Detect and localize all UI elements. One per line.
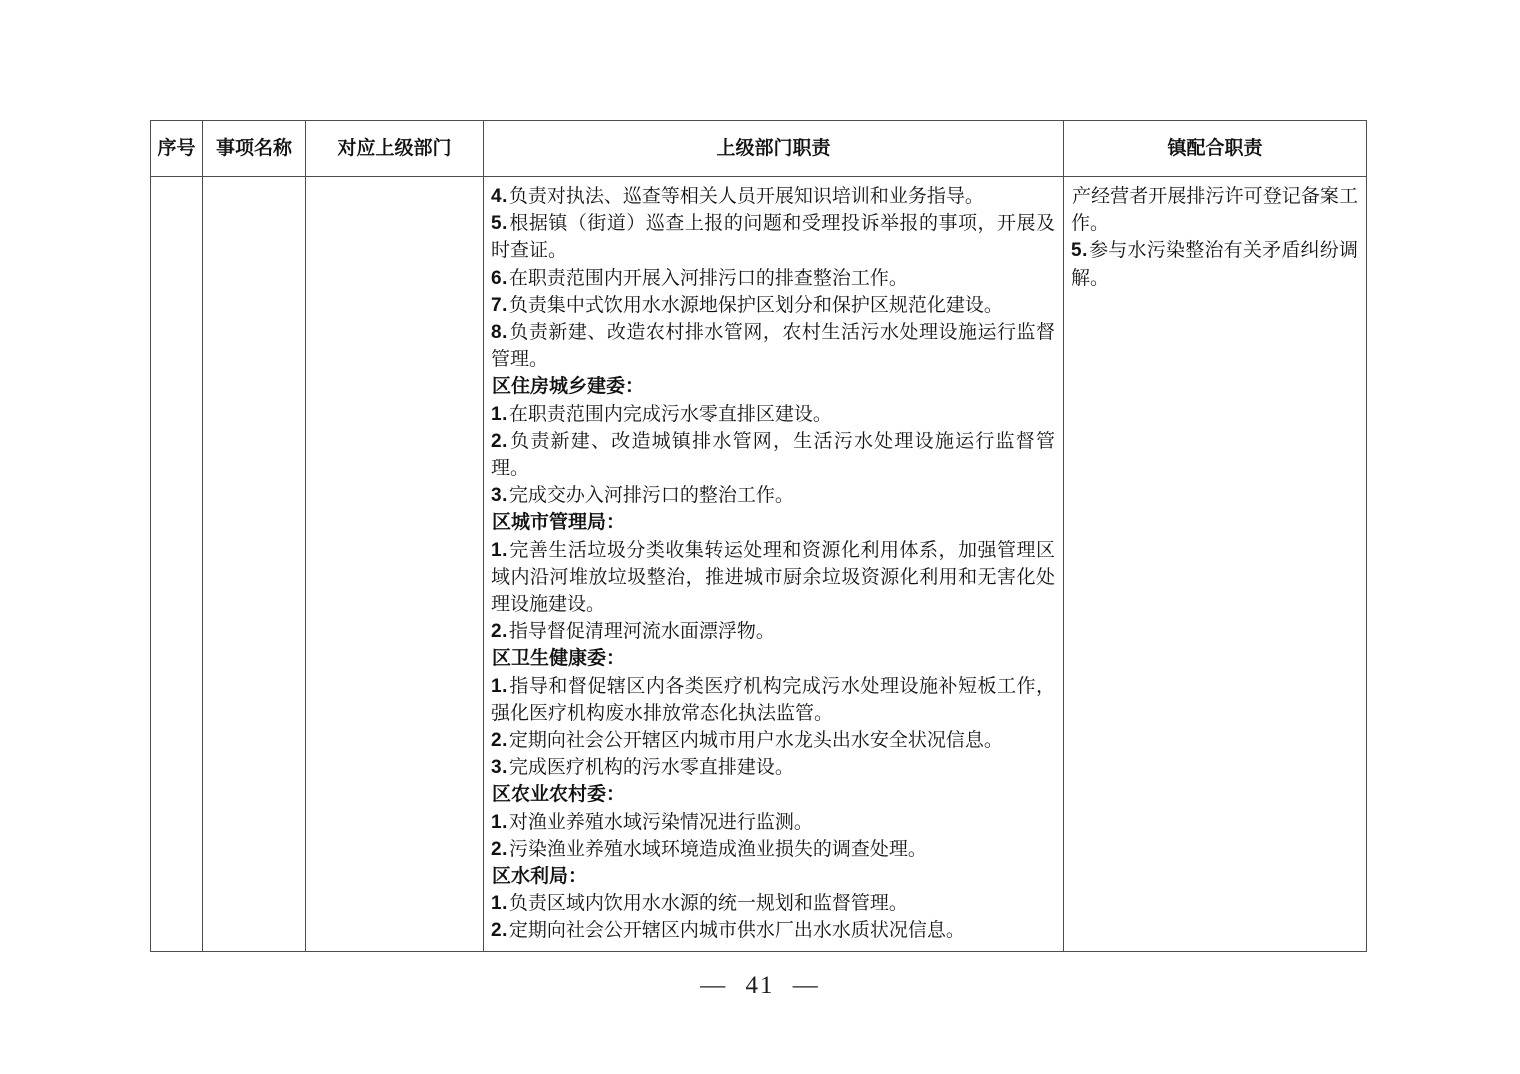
duty-number: 1.: [491, 812, 509, 833]
duty-number: 2.: [491, 431, 509, 452]
duty-text: 区水利局：: [492, 866, 587, 887]
duty-paragraph: 2.指导督促清理河流水面漂浮物。: [491, 618, 1055, 645]
duty-paragraph: 区城市管理局：: [491, 509, 1055, 536]
header-superior-duties: 上级部门职责: [484, 121, 1064, 177]
duty-number: 3.: [491, 757, 509, 778]
duty-number: 2.: [491, 839, 509, 860]
duty-number: 8.: [491, 322, 509, 343]
duty-paragraph: 3.完成医疗机构的污水零直排建设。: [491, 754, 1055, 781]
duty-text: 定期向社会公开辖区内城市用户水龙头出水安全状况信息。: [509, 730, 1003, 751]
header-department: 对应上级部门: [306, 121, 484, 177]
duty-text: 在职责范围内开展入河排污口的排查整治工作。: [509, 268, 908, 289]
page-number: — 41 —: [0, 972, 1520, 1000]
duty-number: 2.: [491, 621, 509, 642]
duty-paragraph: 1.负责区域内饮用水水源的统一规划和监督管理。: [491, 890, 1055, 917]
duty-paragraph: 2.负责新建、改造城镇排水管网，生活污水处理设施运行监督管理。: [491, 428, 1055, 482]
duty-text: 负责对执法、巡查等相关人员开展知识培训和业务指导。: [509, 186, 984, 207]
duty-paragraph: 5.根据镇（街道）巡查上报的问题和受理投诉举报的事项，开展及时查证。: [491, 210, 1055, 264]
table-row: 4.负责对执法、巡查等相关人员开展知识培训和业务指导。 5.根据镇（街道）巡查上…: [151, 177, 1367, 952]
duty-text: 指导和督促辖区内各类医疗机构完成污水处理设施补短板工作，强化医疗机构废水排放常态…: [491, 676, 1055, 724]
duty-number: 1.: [491, 404, 509, 425]
duty-paragraph: 4.负责对执法、巡查等相关人员开展知识培训和业务指导。: [491, 183, 1055, 210]
duty-text: 指导督促清理河流水面漂浮物。: [509, 621, 775, 642]
duty-paragraph: 2.定期向社会公开辖区内城市供水厂出水水质状况信息。: [491, 917, 1055, 944]
duty-number: 5.: [491, 213, 509, 234]
duty-number: 5.: [1071, 240, 1089, 261]
duty-paragraph: 区住房城乡建委：: [491, 373, 1055, 400]
duty-paragraph: 产经营者开展排污许可登记备案工作。: [1071, 183, 1358, 237]
duty-paragraph: 2.定期向社会公开辖区内城市用户水龙头出水安全状况信息。: [491, 727, 1055, 754]
duty-number: 1.: [491, 676, 509, 697]
duty-text: 区城市管理局：: [492, 512, 625, 533]
duty-text: 对渔业养殖水域污染情况进行监测。: [509, 812, 813, 833]
duty-paragraph: 区卫生健康委：: [491, 645, 1055, 672]
cell-department: [306, 177, 484, 952]
cell-item-name: [203, 177, 306, 952]
duty-text: 定期向社会公开辖区内城市供水厂出水水质状况信息。: [509, 920, 965, 941]
duty-text: 完成交办入河排污口的整治工作。: [509, 485, 794, 506]
duty-text: 负责新建、改造城镇排水管网，生活污水处理设施运行监督管理。: [491, 431, 1055, 479]
duty-text: 在职责范围内完成污水零直排区建设。: [509, 404, 832, 425]
duty-text: 参与水污染整治有关矛盾纠纷调解。: [1071, 240, 1358, 288]
cell-town-duties: 产经营者开展排污许可登记备案工作。 5.参与水污染整治有关矛盾纠纷调解。: [1064, 177, 1367, 952]
header-seq: 序号: [151, 121, 203, 177]
duty-number: 2.: [491, 730, 509, 751]
duty-paragraph: 2.污染渔业养殖水域环境造成渔业损失的调查处理。: [491, 836, 1055, 863]
document-page: 序号 事项名称 对应上级部门 上级部门职责 镇配合职责 4.负责对执法、巡查等相…: [0, 0, 1520, 1074]
duty-number: 1.: [491, 893, 509, 914]
duty-text: 完成医疗机构的污水零直排建设。: [509, 757, 794, 778]
duty-number: 1.: [491, 540, 509, 561]
duty-paragraph: 1.指导和督促辖区内各类医疗机构完成污水处理设施补短板工作，强化医疗机构废水排放…: [491, 673, 1055, 727]
duty-text: 污染渔业养殖水域环境造成渔业损失的调查处理。: [509, 839, 927, 860]
duty-number: 4.: [491, 186, 509, 207]
duty-paragraph: 5.参与水污染整治有关矛盾纠纷调解。: [1071, 237, 1358, 291]
duty-text: 区农业农村委：: [492, 784, 625, 805]
duty-paragraph: 8.负责新建、改造农村排水管网，农村生活污水处理设施运行监督管理。: [491, 319, 1055, 373]
duty-paragraph: 6.在职责范围内开展入河排污口的排查整治工作。: [491, 265, 1055, 292]
duty-paragraph: 1.对渔业养殖水域污染情况进行监测。: [491, 809, 1055, 836]
duties-table: 序号 事项名称 对应上级部门 上级部门职责 镇配合职责 4.负责对执法、巡查等相…: [150, 120, 1367, 952]
duty-number: 7.: [491, 295, 509, 316]
duty-number: 6.: [491, 268, 509, 289]
duty-number: 3.: [491, 485, 509, 506]
duty-number: 2.: [491, 920, 509, 941]
duty-text: 负责新建、改造农村排水管网，农村生活污水处理设施运行监督管理。: [491, 322, 1055, 370]
cell-seq: [151, 177, 203, 952]
duty-text: 根据镇（街道）巡查上报的问题和受理投诉举报的事项，开展及时查证。: [491, 213, 1055, 261]
table-header-row: 序号 事项名称 对应上级部门 上级部门职责 镇配合职责: [151, 121, 1367, 177]
duty-text: 负责集中式饮用水水源地保护区划分和保护区规范化建设。: [509, 295, 1003, 316]
duty-paragraph: 3.完成交办入河排污口的整治工作。: [491, 482, 1055, 509]
duty-paragraph: 区水利局：: [491, 863, 1055, 890]
cell-superior-duties: 4.负责对执法、巡查等相关人员开展知识培训和业务指导。 5.根据镇（街道）巡查上…: [484, 177, 1064, 952]
header-town-duties: 镇配合职责: [1064, 121, 1367, 177]
header-item-name: 事项名称: [203, 121, 306, 177]
duty-paragraph: 7.负责集中式饮用水水源地保护区划分和保护区规范化建设。: [491, 292, 1055, 319]
duty-text: 区卫生健康委：: [492, 648, 625, 669]
duty-paragraph: 1.完善生活垃圾分类收集转运处理和资源化利用体系，加强管理区域内沿河堆放垃圾整治…: [491, 537, 1055, 619]
duty-text: 完善生活垃圾分类收集转运处理和资源化利用体系，加强管理区域内沿河堆放垃圾整治，推…: [491, 540, 1055, 615]
duty-paragraph: 1.在职责范围内完成污水零直排区建设。: [491, 401, 1055, 428]
duty-text: 区住房城乡建委：: [492, 376, 644, 397]
duty-text: 负责区域内饮用水水源的统一规划和监督管理。: [509, 893, 908, 914]
duty-paragraph: 区农业农村委：: [491, 781, 1055, 808]
duty-text: 产经营者开展排污许可登记备案工作。: [1071, 186, 1358, 234]
